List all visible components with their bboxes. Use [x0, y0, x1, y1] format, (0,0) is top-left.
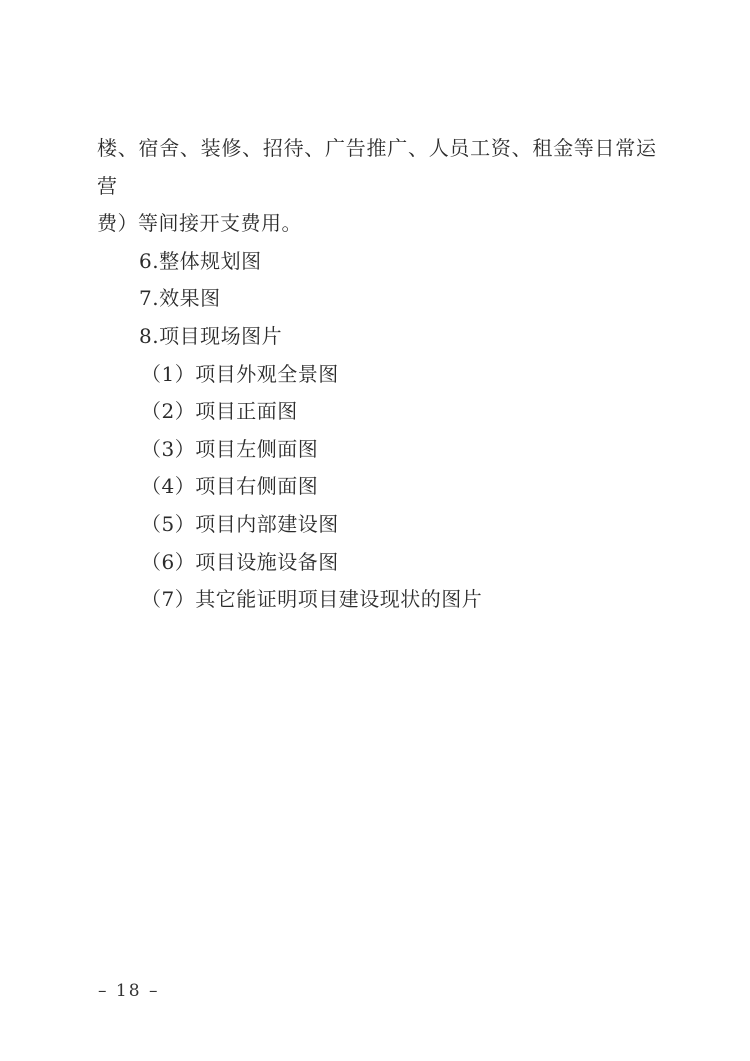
list-item-7: 7.效果图 [97, 280, 656, 318]
sub-item-6: （6）项目设施设备图 [97, 544, 656, 582]
list-item-6: 6.整体规划图 [97, 243, 656, 281]
sub-item-4: （4）项目右侧面图 [97, 468, 656, 506]
document-body: 楼、宿舍、装修、招待、广告推广、人员工资、租金等日常运营 费）等间接开支费用。 … [97, 130, 656, 619]
paragraph-continuation-line-2: 费）等间接开支费用。 [97, 205, 656, 243]
sub-item-7: （7）其它能证明项目建设现状的图片 [97, 581, 656, 619]
list-item-8: 8.项目现场图片 [97, 318, 656, 356]
document-page: 楼、宿舍、装修、招待、广告推广、人员工资、租金等日常运营 费）等间接开支费用。 … [0, 0, 750, 1061]
sub-item-2: （2）项目正面图 [97, 393, 656, 431]
sub-item-3: （3）项目左侧面图 [97, 431, 656, 469]
sub-item-5: （5）项目内部建设图 [97, 506, 656, 544]
page-number: – 18 – [98, 981, 159, 1001]
paragraph-continuation-line-1: 楼、宿舍、装修、招待、广告推广、人员工资、租金等日常运营 [97, 130, 656, 205]
sub-item-1: （1）项目外观全景图 [97, 356, 656, 394]
